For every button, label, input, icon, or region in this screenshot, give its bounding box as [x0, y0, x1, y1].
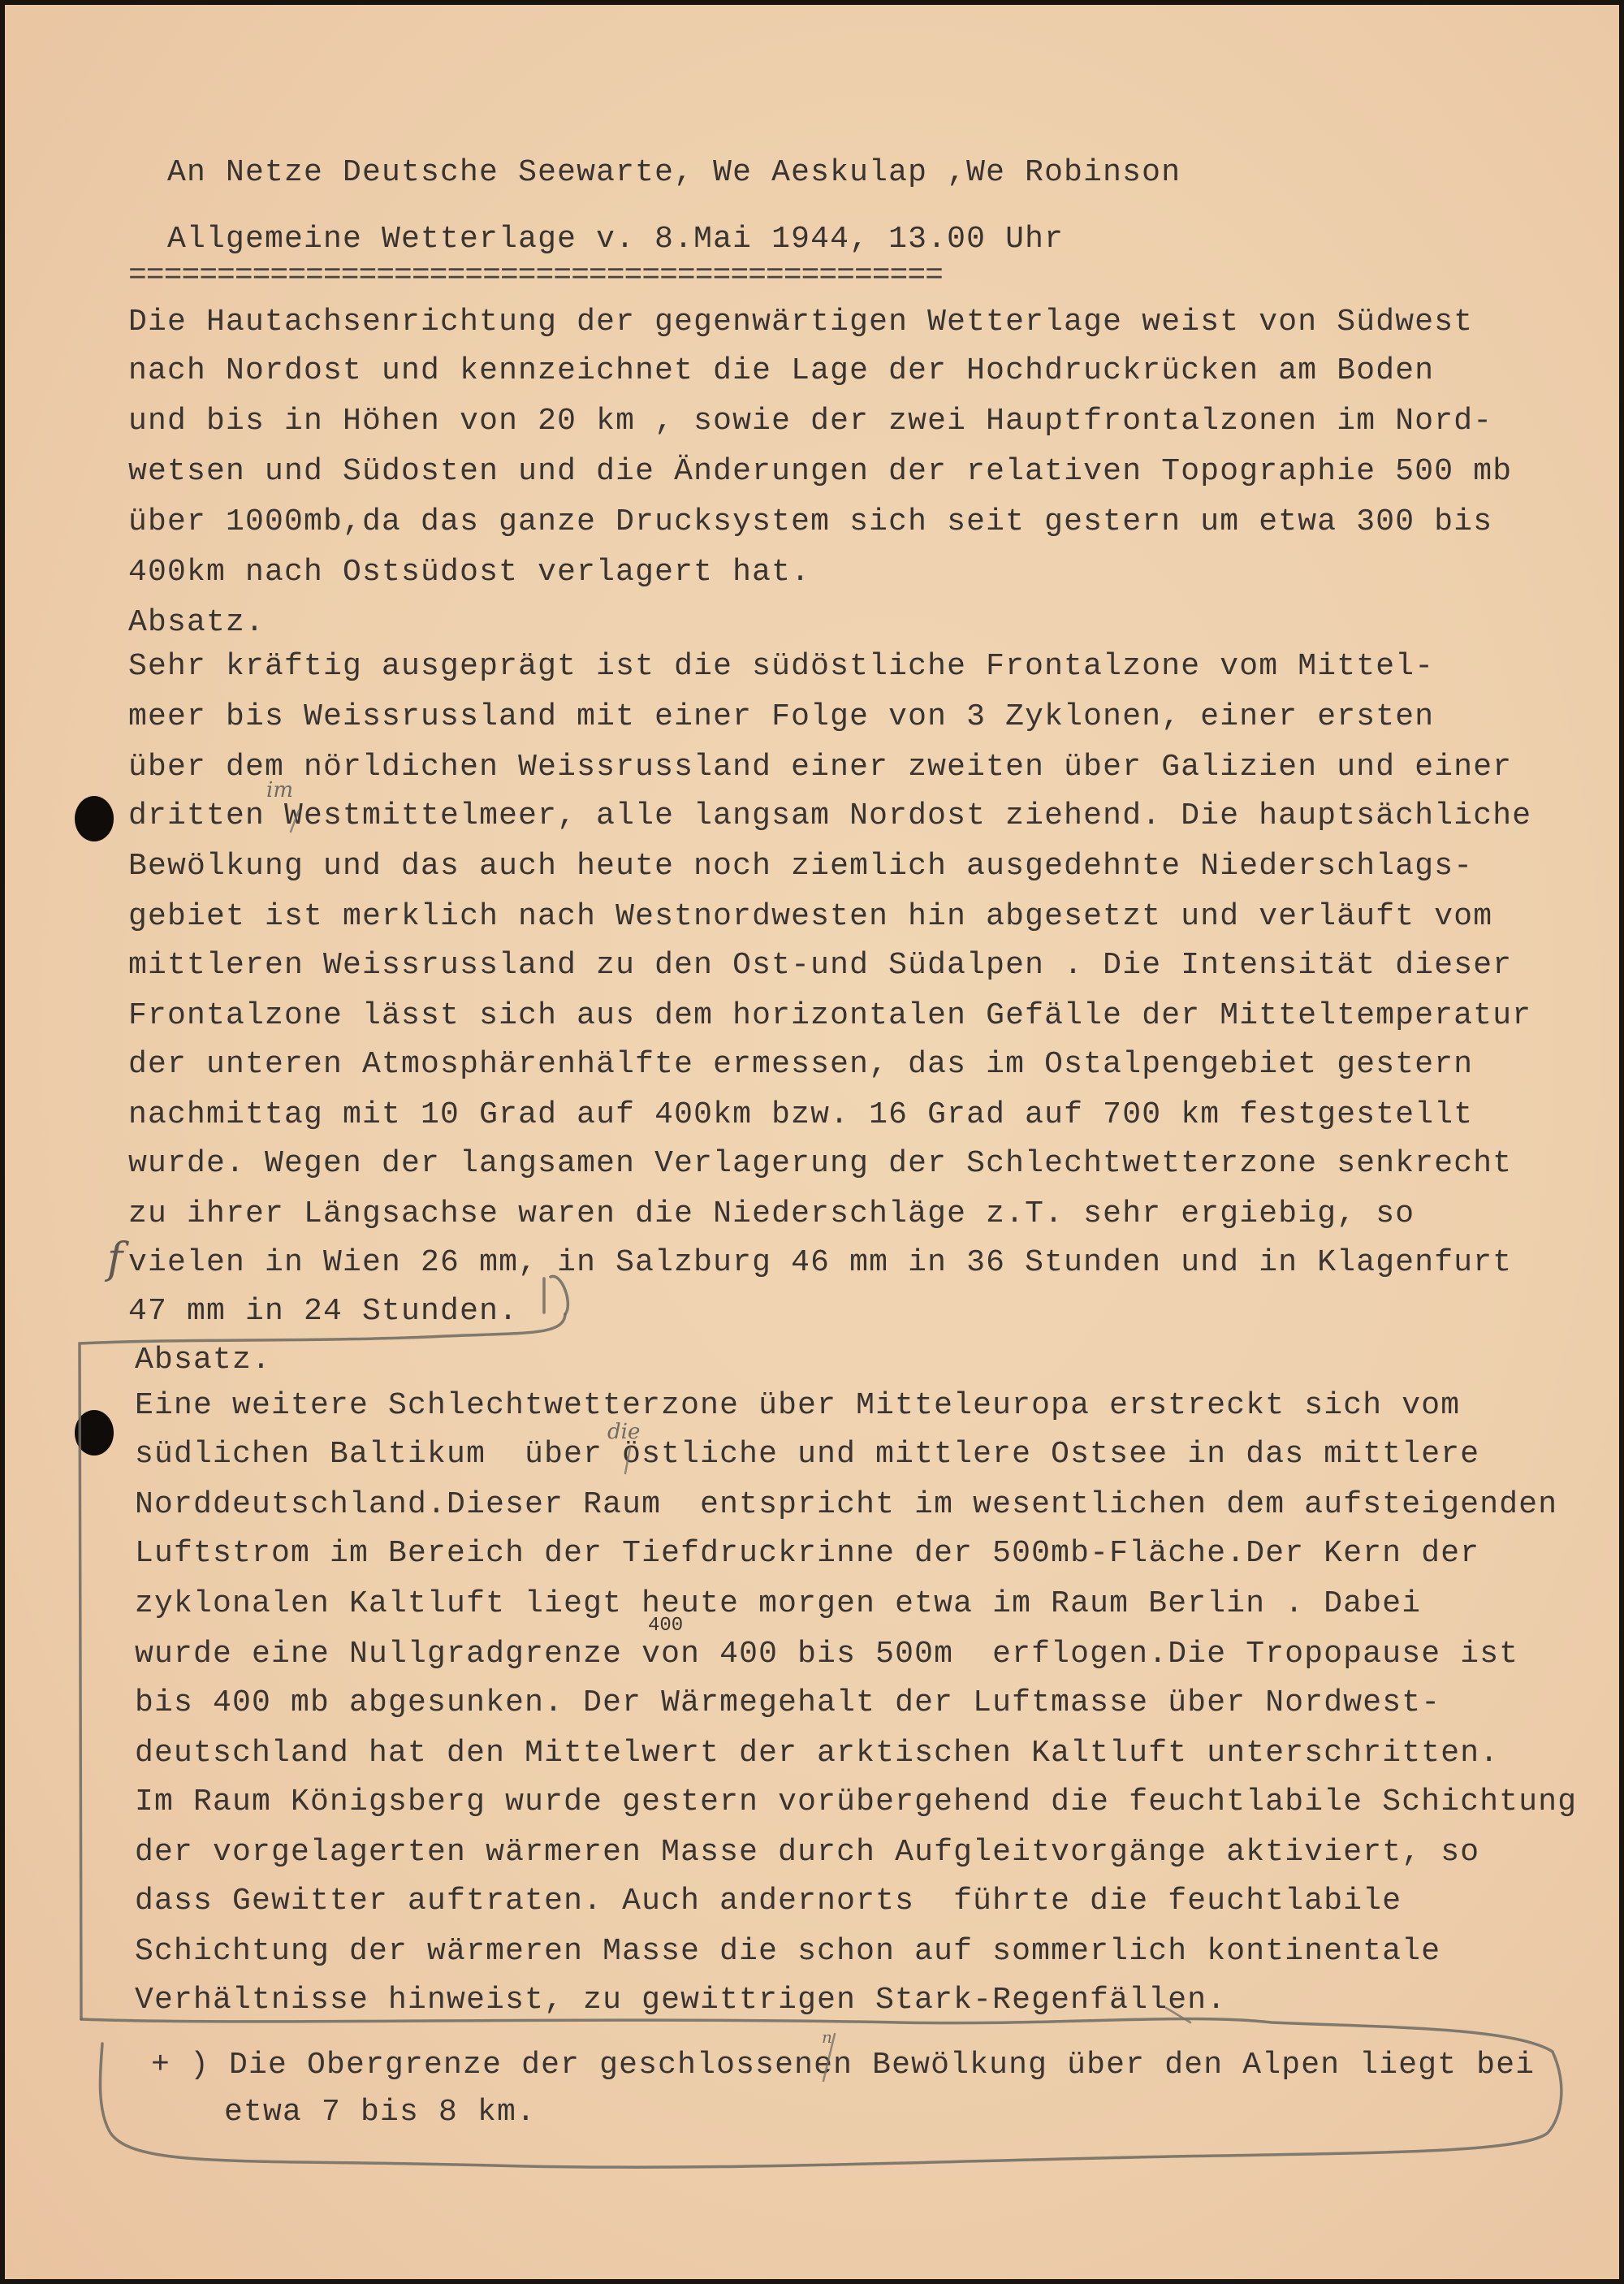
handwritten-insert-die: die: [607, 1420, 640, 1444]
text-line: vielen in Wien 26 mm, in Salzburg 46 mm …: [128, 1248, 1512, 1278]
text-line: Verhältnisse hinweist, zu gewittrigen St…: [135, 1985, 1226, 2016]
handwritten-insert-im: im: [266, 778, 293, 802]
text-line: der unteren Atmosphärenhälfte ermessen, …: [128, 1049, 1473, 1080]
text-line: Sehr kräftig ausgeprägt ist die südöstli…: [128, 651, 1434, 682]
text-line: Eine weitere Schlechtwetterzone über Mit…: [135, 1391, 1460, 1421]
text-line: Die Hautachsenrichtung der gegenwärtigen…: [128, 307, 1473, 338]
text-line: nachmittag mit 10 Grad auf 400km bzw. 16…: [128, 1100, 1473, 1131]
text-line: wetsen und Südosten und die Änderungen d…: [128, 456, 1512, 487]
punch-hole: [75, 1410, 114, 1456]
text-line: südlichen Baltikum über östliche und mit…: [135, 1439, 1479, 1470]
text-line: dritten Westmittelmeer, alle langsam Nor…: [128, 801, 1531, 832]
recipients-line: An Netze Deutsche Seewarte, We Aeskulap …: [167, 158, 1181, 188]
text-line: Bewölkung und das auch heute noch ziemli…: [128, 851, 1473, 882]
text-line: Luftstrom im Bereich der Tiefdruckrinne …: [135, 1538, 1479, 1569]
absatz-marker: Absatz.: [128, 608, 265, 638]
text-line: nach Nordost und kennzeichnet die Lage d…: [128, 356, 1434, 387]
typewritten-page: An Netze Deutsche Seewarte, We Aeskulap …: [5, 5, 1619, 2279]
text-line: und bis in Höhen von 20 km , sowie der z…: [128, 406, 1492, 437]
text-line: 400km nach Ostsüdost verlagert hat.: [128, 557, 810, 588]
text-line: Norddeutschland.Dieser Raum entspricht i…: [135, 1490, 1557, 1521]
text-line: meer bis Weissrussland mit einer Folge v…: [128, 702, 1434, 733]
header-rule: ========================================…: [128, 258, 943, 293]
handwritten-margin-f: f: [107, 1235, 123, 1283]
punch-hole: [75, 796, 114, 841]
text-line: mittleren Weissrussland zu den Ost-und S…: [128, 950, 1512, 981]
document-title: Allgemeine Wetterlage v. 8.Mai 1944, 13.…: [167, 224, 1064, 255]
text-line: der vorgelagerten wärmeren Masse durch A…: [135, 1837, 1479, 1868]
text-line: über dem nörldichen Weissrussland einer …: [128, 752, 1512, 783]
text-line: Im Raum Königsberg wurde gestern vorüber…: [135, 1787, 1577, 1818]
text-line: dass Gewitter auftraten. Auch andernorts…: [135, 1886, 1402, 1917]
absatz-marker: Absatz.: [135, 1345, 271, 1376]
text-line: bis 400 mb abgesunken. Der Wärmegehalt d…: [135, 1688, 1440, 1719]
text-line: deutschland hat den Mittelwert der arkti…: [135, 1738, 1499, 1769]
text-line: über 1000mb,da das ganze Drucksystem sic…: [128, 507, 1492, 538]
text-line: Frontalzone lässt sich aus dem horizonta…: [128, 1001, 1531, 1032]
text-line: 47 mm in 24 Stunden.: [128, 1296, 518, 1327]
footnote-line: etwa 7 bis 8 km.: [224, 2097, 536, 2128]
text-line: gebiet ist merklich nach Westnordwesten …: [128, 902, 1492, 932]
footnote-line: + ) Die Obergrenze der geschlossenen Bew…: [151, 2050, 1535, 2081]
text-line: zu ihrer Längsachse waren die Niederschl…: [128, 1199, 1415, 1230]
text-line: wurde. Wegen der langsamen Verlagerung d…: [128, 1148, 1512, 1179]
handwritten-insert-n: n: [822, 2027, 832, 2047]
handwritten-insert-400: 400: [648, 1615, 683, 1637]
insert-mark-icon: [544, 1276, 568, 1314]
text-line: wurde eine Nullgradgrenze von 400 bis 50…: [135, 1639, 1518, 1670]
text-line: zyklonalen Kaltluft liegt heute morgen e…: [135, 1589, 1421, 1620]
text-line: Schichtung der wärmeren Masse die schon …: [135, 1936, 1440, 1967]
